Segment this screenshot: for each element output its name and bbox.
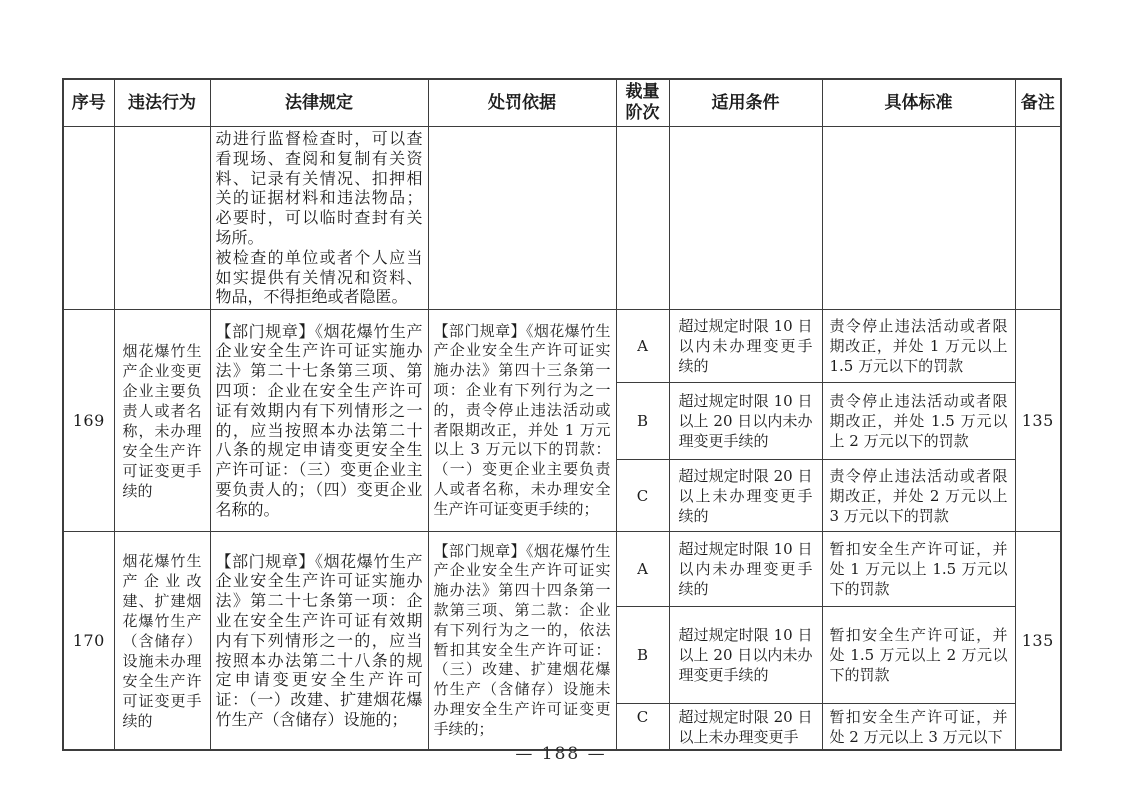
col-header-violation: 违法行为 xyxy=(114,79,210,127)
cell-violation-empty xyxy=(114,127,210,310)
cell-condition: 超过规定时限 20 日以上未办理变更手续的 xyxy=(669,460,822,532)
cell-condition: 超过规定时限 10 日以上 20 日以内未办理变更手续的 xyxy=(669,607,822,704)
table-row-170-tier-a: 170 烟花爆竹生产企业改建、扩建烟花爆竹生产（含储存）设施未办理安全生产许可证… xyxy=(63,532,1061,607)
cell-standard: 暂扣安全生产许可证，并处 1.5 万元以上 2 万元以下的罚款 xyxy=(822,607,1015,704)
cell-no: 170 xyxy=(63,532,114,751)
table-row-169-tier-a: 169 烟花爆竹生产企业变更企业主要负责人或者名称，未办理安全生产许可证变更手续… xyxy=(63,310,1061,383)
cell-remark-empty xyxy=(1015,127,1061,310)
document-page: 序号 违法行为 法律规定 处罚依据 裁量阶次 适用条件 具体标准 备注 动进行监… xyxy=(0,0,1122,793)
cell-standard-empty xyxy=(822,127,1015,310)
cell-penalty-basis: 【部门规章】《烟花爆竹生产企业安全生产许可证实施办法》第四十三条第一项：企业有下… xyxy=(428,310,616,532)
cell-tier-level: A xyxy=(616,532,669,607)
cell-no-empty xyxy=(63,127,114,310)
legal-paragraph-1: 动进行监督检查时，可以查看现场、查阅和复制有关资料、记录有关情况、扣押相关的证据… xyxy=(216,129,423,248)
col-header-applicable-condition: 适用条件 xyxy=(669,79,822,127)
cell-tier-empty xyxy=(616,127,669,310)
col-header-no: 序号 xyxy=(63,79,114,127)
cell-condition: 超过规定时限 10 日以内未办理变更手续的 xyxy=(669,532,822,607)
cell-standard: 责令停止违法活动或者限期改正，并处 2 万元以上 3 万元以下的罚款 xyxy=(822,460,1015,532)
cell-standard: 责令停止违法活动或者限期改正，并处 1 万元以上 1.5 万元以下的罚款 xyxy=(822,310,1015,383)
cell-no: 169 xyxy=(63,310,114,532)
cell-condition-empty xyxy=(669,127,822,310)
cell-tier-level: B xyxy=(616,383,669,460)
cell-legal-provision: 【部门规章】《烟花爆竹生产企业安全生产许可证实施办法》第二十七条第一项：企业在安… xyxy=(210,532,428,751)
cell-condition: 超过规定时限 10 日以内未办理变更手续的 xyxy=(669,310,822,383)
legal-paragraph-2: 被检查的单位或者个人应当如实提供有关情况和资料、物品，不得拒绝或者隐匿。 xyxy=(216,248,423,307)
cell-basis-empty xyxy=(428,127,616,310)
col-header-discretion-tier: 裁量阶次 xyxy=(616,79,669,127)
cell-legal-continuation: 动进行监督检查时，可以查看现场、查阅和复制有关资料、记录有关情况、扣押相关的证据… xyxy=(210,127,428,310)
cell-standard: 暂扣安全生产许可证，并处 1 万元以上 1.5 万元以下的罚款 xyxy=(822,532,1015,607)
header-row: 序号 违法行为 法律规定 处罚依据 裁量阶次 适用条件 具体标准 备注 xyxy=(63,79,1061,127)
cell-standard: 责令停止违法活动或者限期改正，并处 1.5 万元以上 2 万元以下的罚款 xyxy=(822,383,1015,460)
col-header-legal-provision: 法律规定 xyxy=(210,79,428,127)
col-header-remark: 备注 xyxy=(1015,79,1061,127)
cell-condition: 超过规定时限 10 日以上 20 日以内未办理变更手续的 xyxy=(669,383,822,460)
penalty-standards-table: 序号 违法行为 法律规定 处罚依据 裁量阶次 适用条件 具体标准 备注 动进行监… xyxy=(62,78,1062,751)
cell-tier-level: A xyxy=(616,310,669,383)
cell-remark: 135 xyxy=(1015,310,1061,532)
cell-penalty-basis: 【部门规章】《烟花爆竹生产企业安全生产许可证实施办法》第四十四条第一款第三项、第… xyxy=(428,532,616,751)
col-header-specific-standard: 具体标准 xyxy=(822,79,1015,127)
cell-violation: 烟花爆竹生产企业改建、扩建烟花爆竹生产（含储存）设施未办理安全生产许可证变更手续… xyxy=(114,532,210,751)
continuation-row: 动进行监督检查时，可以查看现场、查阅和复制有关资料、记录有关情况、扣押相关的证据… xyxy=(63,127,1061,310)
cell-tier-level: B xyxy=(616,607,669,704)
cell-violation: 烟花爆竹生产企业变更企业主要负责人或者名称，未办理安全生产许可证变更手续的 xyxy=(114,310,210,532)
cell-tier-level: C xyxy=(616,460,669,532)
cell-legal-provision: 【部门规章】《烟花爆竹生产企业安全生产许可证实施办法》第二十七条第三项、第四项：… xyxy=(210,310,428,532)
page-number: — 188 — xyxy=(0,744,1122,764)
col-header-penalty-basis: 处罚依据 xyxy=(428,79,616,127)
cell-remark: 135 xyxy=(1015,532,1061,751)
